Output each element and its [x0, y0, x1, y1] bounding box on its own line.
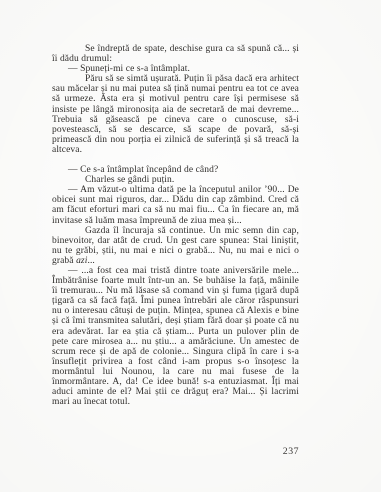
text-run: Charles se gândi puțin.: [85, 175, 174, 185]
text-run: Se îndreptă de spate, deschise gura ca s…: [52, 44, 299, 64]
page-number: 237: [52, 446, 299, 457]
text-section: — Ce s-a întâmplat începând de când?Char…: [52, 165, 299, 407]
text-run: — Spuneți-mi ce s-a întâmplat.: [68, 64, 190, 74]
text-section: Se îndreptă de spate, deschise gura ca s…: [52, 44, 299, 155]
text-run: ...: [87, 256, 94, 266]
italic-text: azi: [76, 256, 87, 266]
text-run: — Am văzut-o ultima dată pe la începutul…: [52, 185, 299, 225]
text-run: — ...a fost cea mai tristă dintre toate …: [52, 266, 299, 407]
paragraph-dialogue: — Ce s-a întâmplat începând de când?: [52, 165, 299, 175]
text-run: Păru să se simtă ușurată. Puțin îi păsa …: [52, 74, 299, 155]
paragraph-dialogue: — Spuneți-mi ce s-a întâmplat.: [52, 64, 299, 74]
paragraph-normal: Gazda îl încuraja să continue. Un mic se…: [52, 226, 299, 266]
paragraph-normal: Charles se gândi puțin.: [52, 175, 299, 185]
paragraph-normal: Se îndreptă de spate, deschise gura ca s…: [52, 44, 299, 64]
paragraph-dialogue: — ...a fost cea mai tristă dintre toate …: [52, 266, 299, 407]
book-page: Se îndreptă de spate, deschise gura ca s…: [0, 0, 381, 492]
text-block: Se îndreptă de spate, deschise gura ca s…: [52, 44, 299, 407]
paragraph-normal: Păru să se simtă ușurată. Puțin îi păsa …: [52, 74, 299, 155]
text-run: — Ce s-a întâmplat începând de când?: [68, 165, 218, 175]
paragraph-dialogue: — Am văzut-o ultima dată pe la începutul…: [52, 185, 299, 225]
